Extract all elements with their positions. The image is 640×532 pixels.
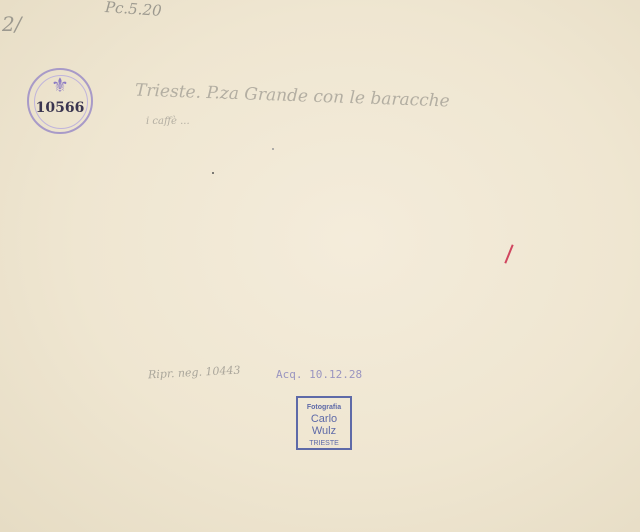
photo-back-sheet: 2/ Pc.5.20 ⚜ 10566 Trieste. P.za Grande …: [0, 0, 640, 532]
stamp-line-1: Fotografia: [298, 404, 350, 411]
photographer-stamp: Fotografia Carlo Wulz TRIESTE: [296, 396, 352, 450]
handwritten-caption: Trieste. P.za Grande con le baracche: [135, 81, 450, 112]
stamp-line-3: TRIESTE: [298, 440, 350, 447]
red-pencil-mark: [504, 244, 513, 263]
acquisition-stamp: Acq. 10.12.28: [276, 368, 362, 381]
handwritten-caption-line2: i caffè ...: [146, 116, 190, 127]
halberd-lily-icon: ⚜: [29, 73, 91, 97]
reproduction-note: Ripr. neg. 10443: [148, 364, 241, 382]
speck: [212, 172, 214, 174]
speck: [272, 148, 274, 150]
corner-mark: 2/: [2, 12, 21, 36]
stamp-line-2: Carlo Wulz: [298, 413, 350, 437]
museum-round-stamp: ⚜ 10566: [27, 68, 93, 134]
inventory-mark: Pc.5.20: [104, 0, 162, 20]
stamp-number: 10566: [29, 100, 91, 116]
